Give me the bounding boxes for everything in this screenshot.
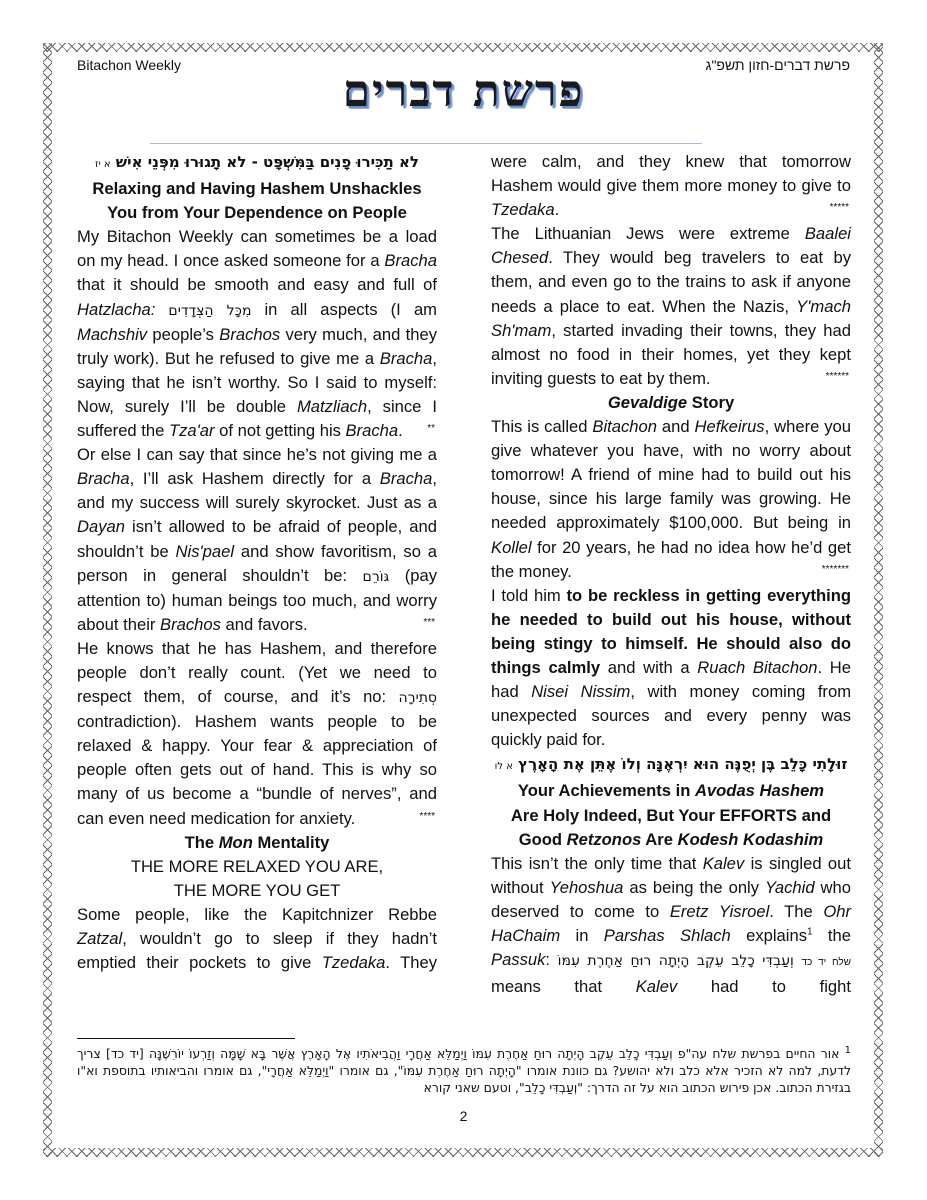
paragraph: This isn’t the only time that Kalev is s… bbox=[491, 852, 851, 1000]
section-break-stars: *** bbox=[423, 613, 437, 633]
footnote: 1 אור החיים בפרשת שלח עה"פ וְעַבְדִּי כָ… bbox=[77, 1045, 851, 1096]
footnote-divider bbox=[77, 1038, 295, 1039]
section-break-stars: ****** bbox=[826, 367, 851, 387]
section-break-stars: ** bbox=[427, 419, 437, 439]
section-title: The Mon Mentality bbox=[77, 831, 437, 855]
passuk-source: א לו bbox=[495, 761, 513, 772]
paragraph: Some people, like the Kapitchnizer Rebbe… bbox=[77, 903, 437, 975]
section-subtitle: THE MORE RELAXED YOU ARE, bbox=[77, 855, 437, 879]
page-number: 2 bbox=[0, 1108, 927, 1124]
section-title: Gevaldige Story bbox=[491, 391, 851, 415]
paragraph: were calm, and they knew that tomorrow H… bbox=[491, 150, 851, 222]
paragraph: He knows that he has Hashem, and therefo… bbox=[77, 637, 437, 831]
paragraph: Or else I can say that since he’s not gi… bbox=[77, 443, 437, 637]
section-break-stars: ******* bbox=[822, 560, 851, 580]
section-break-stars: **** bbox=[419, 807, 437, 827]
section-subtitle-line2: THE MORE YOU GET bbox=[77, 879, 437, 903]
section-title-line2: You from Your Dependence on People bbox=[77, 201, 437, 225]
paragraph: The Lithuanian Jews were extreme Baalei … bbox=[491, 222, 851, 391]
footnote-text: אור החיים בפרשת שלח עה"פ וְעַבְדִּי כָלֵ… bbox=[77, 1046, 851, 1095]
footnote-number: 1 bbox=[845, 1045, 851, 1056]
page-title: פרשת דברים bbox=[0, 66, 927, 117]
passuk-text: זוּלָתִי כָּלֵב בֶּן יְפֻנֶּה הוּא יִרְא… bbox=[518, 755, 847, 773]
section-title: Your Achievements in Avodas Hashem bbox=[491, 779, 851, 803]
paragraph: This is called Bitachon and Hefkeirus, w… bbox=[491, 415, 851, 584]
section-break-stars: ***** bbox=[830, 198, 851, 218]
paragraph: I told him to be reckless in getting eve… bbox=[491, 584, 851, 753]
section-title: Relaxing and Having Hashem Unshackles bbox=[77, 177, 437, 201]
right-column: were calm, and they knew that tomorrow H… bbox=[491, 150, 851, 999]
title-divider bbox=[150, 143, 702, 144]
left-column: לא תַכִּירוּ פָנִים בַּמִּשְׁפָּט - לא ת… bbox=[77, 150, 437, 975]
passuk-heading: זוּלָתִי כָּלֵב בֶּן יְפֻנֶּה הוּא יִרְא… bbox=[491, 752, 851, 779]
section-title-line2: Are Holy Indeed, But Your EFFORTS and bbox=[491, 804, 851, 828]
passuk-source: א יז bbox=[95, 159, 111, 170]
section-title-line3: Good Retzonos Are Kodesh Kodashim bbox=[491, 828, 851, 852]
paragraph: My Bitachon Weekly can sometimes be a lo… bbox=[77, 225, 437, 443]
passuk-text: לא תַכִּירוּ פָנִים בַּמִּשְׁפָּט - לא ת… bbox=[116, 153, 419, 171]
passuk-heading: לא תַכִּירוּ פָנִים בַּמִּשְׁפָּט - לא ת… bbox=[77, 150, 437, 177]
